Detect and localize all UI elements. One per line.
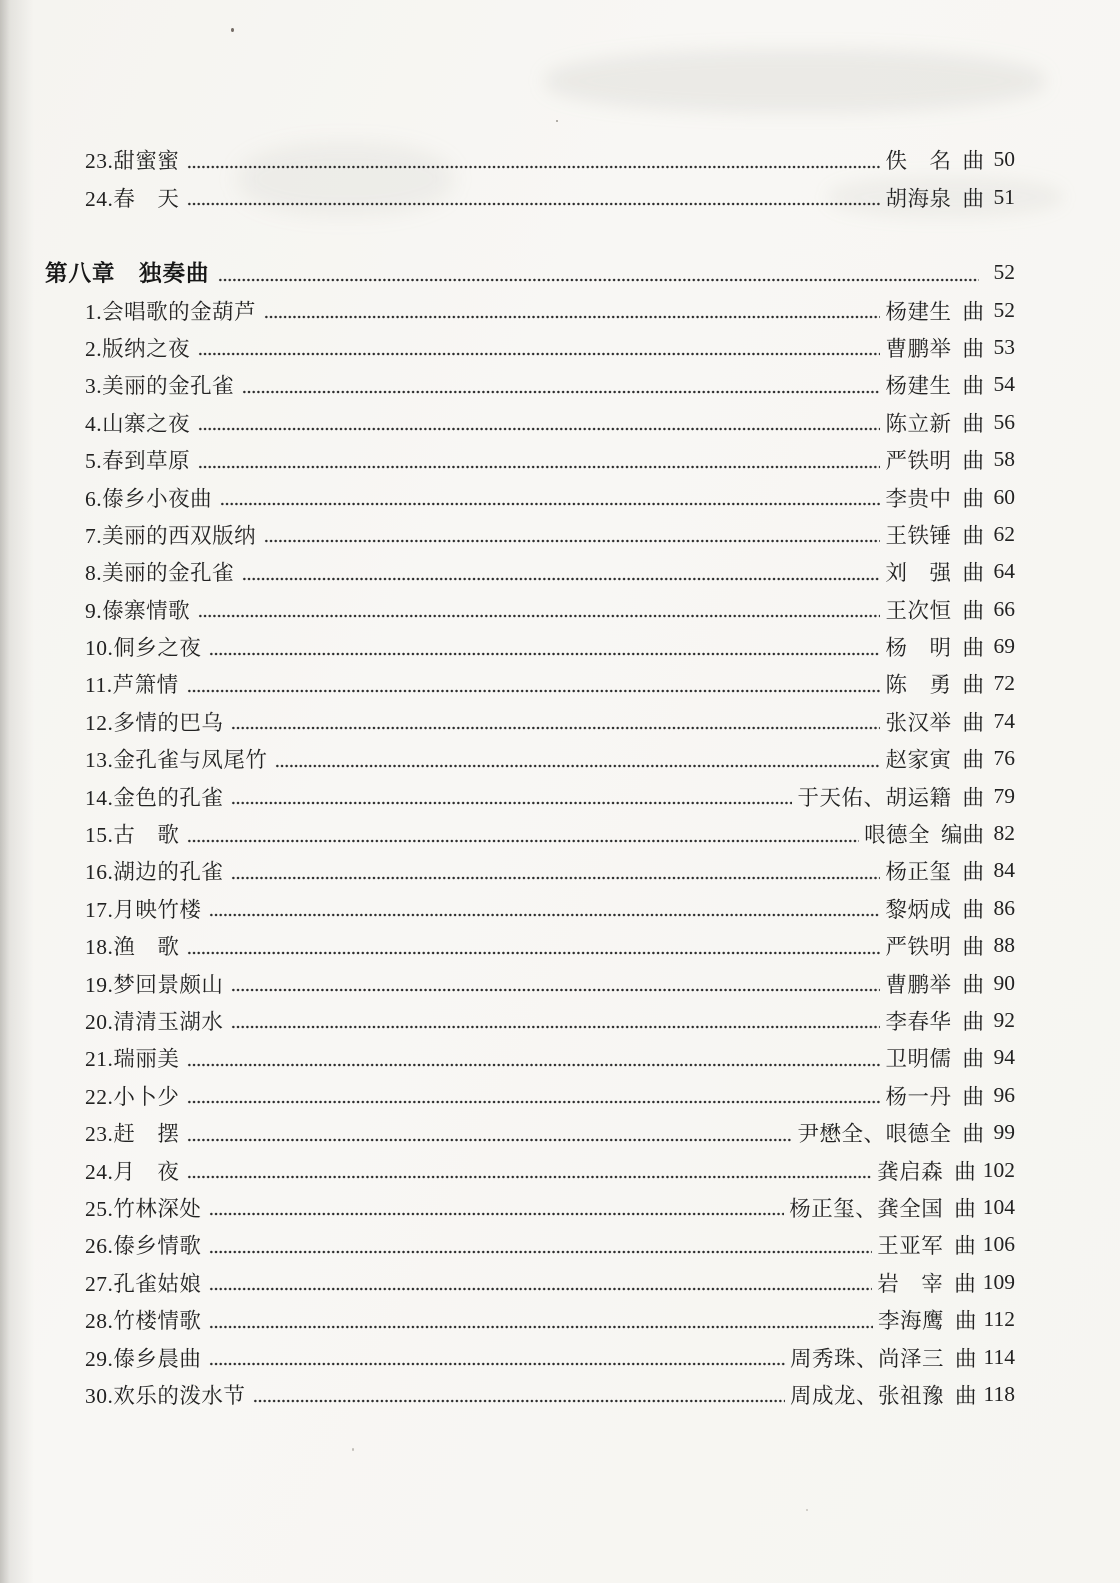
toc-entry: 8.美丽的金孔雀 刘 强 曲 64: [85, 553, 1015, 590]
entry-composed-label: 曲: [962, 295, 984, 326]
scan-left-edge-shadow: [0, 0, 36, 1583]
entry-composer: 尹懋全、哏德全: [797, 1117, 951, 1148]
entry-number-and-title: 11.芦箫情: [85, 668, 179, 699]
entry-composer: 赵家寅: [885, 743, 951, 774]
entry-composed-label: 曲: [962, 407, 984, 438]
entry-composed-label: 曲: [962, 1117, 984, 1148]
entry-page-number: 58: [991, 447, 1015, 472]
entry-composer: 黎炳成: [885, 893, 951, 924]
dotted-leader: [187, 689, 881, 693]
entry-page-number: 92: [991, 1008, 1015, 1033]
entry-composed-label: 曲: [962, 519, 984, 550]
entry-number-and-title: 15.古 歌: [85, 818, 179, 849]
entry-page-number: 90: [991, 971, 1015, 996]
dotted-leader: [187, 165, 880, 169]
entry-composed-label: 曲: [962, 594, 984, 625]
entry-page-number: 52: [991, 298, 1015, 323]
entry-number-and-title: 3.美丽的金孔雀: [85, 369, 234, 400]
entry-composed-label: 曲: [962, 332, 984, 363]
scan-speck: [352, 1448, 354, 1451]
entry-number-and-title: 27.孔雀姑娘: [85, 1267, 201, 1298]
entry-page-number: 53: [991, 335, 1015, 360]
toc-entry: 29.傣乡晨曲 周秀珠、尚泽三 曲 114: [85, 1338, 1015, 1375]
entry-page-number: 79: [991, 784, 1015, 809]
entry-composer: 杨建生: [885, 369, 951, 400]
entry-composer: 杨一丹: [885, 1080, 951, 1111]
entry-number-and-title: 4.山寨之夜: [85, 407, 190, 438]
dotted-leader: [231, 1025, 880, 1029]
entry-composer: 杨 明: [885, 631, 951, 662]
entry-composer: 周秀珠、尚泽三: [790, 1342, 944, 1373]
toc-entry: 22.小卜少 杨一丹 曲 96: [85, 1077, 1015, 1114]
entry-page-number: 51: [991, 185, 1015, 210]
toc-entry: 13.金孔雀与凤尾竹 赵家寅 曲 76: [85, 740, 1015, 777]
entry-composed-label: 曲: [962, 631, 984, 662]
entry-number-and-title: 24.月 夜: [85, 1155, 179, 1186]
dotted-leader: [209, 652, 880, 656]
toc-entry: 25.竹林深处 杨正玺、龚全国 曲 104: [85, 1189, 1015, 1226]
toc-entry: 2.版纳之夜 曹鹏举 曲 53: [85, 329, 1015, 366]
entry-composed-label: 曲: [954, 1229, 976, 1260]
entry-composed-label: 曲: [955, 1304, 977, 1335]
entry-composed-label: 曲: [962, 369, 984, 400]
entry-page-number: 96: [991, 1083, 1015, 1108]
toc-entry: 10.侗乡之夜 杨 明 曲 69: [85, 628, 1015, 665]
entry-number-and-title: 7.美丽的西双版纳: [85, 519, 256, 550]
toc-entry: 19.梦回景颇山 曹鹏举 曲 90: [85, 964, 1015, 1001]
entry-number-and-title: 16.湖边的孔雀: [85, 855, 223, 886]
entry-composed-label: 曲: [962, 968, 984, 999]
dotted-leader: [264, 539, 880, 543]
entry-composer: 杨正玺: [885, 855, 951, 886]
entry-composer: 曹鹏举: [885, 968, 951, 999]
chapter-title: 第八章 独奏曲: [45, 256, 210, 288]
toc-entry: 23.赶 摆 尹懋全、哏德全 曲 99: [85, 1114, 1015, 1151]
dotted-leader: [218, 278, 979, 282]
entry-number-and-title: 12.多情的巴乌: [85, 706, 223, 737]
dotted-leader: [220, 502, 880, 506]
entry-page-number: 82: [991, 821, 1015, 846]
entry-page-number: 104: [983, 1195, 1015, 1220]
entry-composer: 杨正玺、龚全国: [789, 1192, 943, 1223]
dotted-leader: [209, 1287, 872, 1291]
entry-number-and-title: 30.欢乐的泼水节: [85, 1379, 245, 1410]
entry-number-and-title: 20.清清玉湖水: [85, 1005, 223, 1036]
dotted-leader: [231, 726, 880, 730]
entry-number-and-title: 10.侗乡之夜: [85, 631, 201, 662]
dotted-leader: [231, 801, 792, 805]
entry-page-number: 62: [991, 522, 1015, 547]
toc-entry: 27.孔雀姑娘 岩 宰 曲 109: [85, 1264, 1015, 1301]
entry-composed-label: 曲: [962, 482, 984, 513]
entry-composed-label: 曲: [962, 855, 984, 886]
toc-entry: 9.傣寨情歌 王次恒 曲 66: [85, 591, 1015, 628]
entry-composer: 周成龙、张祖豫: [790, 1379, 944, 1410]
entry-composed-label: 曲: [954, 1155, 976, 1186]
entry-page-number: 50: [991, 147, 1015, 172]
entry-number-and-title: 14.金色的孔雀: [85, 781, 223, 812]
entry-number-and-title: 19.梦回景颇山: [85, 968, 223, 999]
toc-entry: 20.清清玉湖水 李春华 曲 92: [85, 1002, 1015, 1039]
toc-entry: 16.湖边的孔雀 杨正玺 曲 84: [85, 852, 1015, 889]
toc-entry: 23.甜蜜蜜 佚 名 曲 50: [85, 141, 1015, 178]
dotted-leader: [198, 614, 880, 618]
entry-composer: 严铁明: [885, 444, 951, 475]
entry-composed-label: 曲: [962, 556, 984, 587]
entry-page-number: 84: [991, 858, 1015, 883]
dotted-leader: [187, 1063, 880, 1067]
entry-composer: 龚启森: [877, 1155, 943, 1186]
toc-entry: 28.竹楼情歌 李海鹰 曲 112: [85, 1301, 1015, 1338]
toc-entry: 12.多情的巴乌 张汉举 曲 74: [85, 703, 1015, 740]
entry-page-number: 66: [991, 597, 1015, 622]
dotted-leader: [242, 577, 880, 581]
toc-entry: 26.傣乡情歌 王亚军 曲 106: [85, 1226, 1015, 1263]
entry-page-number: 102: [983, 1158, 1015, 1183]
chapter-page-number: 52: [991, 260, 1015, 285]
entry-composer: 严铁明: [885, 930, 951, 961]
entry-number-and-title: 26.傣乡情歌: [85, 1229, 201, 1260]
toc-entry: 24.春 天 胡海泉 曲 51: [85, 178, 1015, 215]
entry-composer: 王铁锤: [885, 519, 951, 550]
entry-composed-label: 曲: [962, 1080, 984, 1111]
dotted-leader: [187, 1100, 880, 1104]
entry-composer: 卫明儒: [885, 1042, 951, 1073]
dotted-leader: [187, 202, 880, 206]
entry-composed-label: 编曲: [941, 818, 984, 849]
entry-number-and-title: 8.美丽的金孔雀: [85, 556, 234, 587]
dotted-leader: [253, 1399, 785, 1403]
entry-number-and-title: 21.瑞丽美: [85, 1042, 179, 1073]
dotted-leader: [187, 1175, 872, 1179]
dotted-leader: [242, 390, 880, 394]
entry-page-number: 72: [991, 671, 1015, 696]
scan-speck: [806, 1509, 808, 1511]
entry-number-and-title: 9.傣寨情歌: [85, 594, 190, 625]
scanned-book-toc-page: 23.甜蜜蜜 佚 名 曲 50 24.春 天 胡海泉 曲 51 第八章 独奏曲 …: [0, 0, 1120, 1583]
entry-composed-label: 曲: [962, 893, 984, 924]
scan-speck: [231, 28, 234, 32]
entry-composer: 于天佑、胡运籍: [797, 781, 951, 812]
entry-number-and-title: 2.版纳之夜: [85, 332, 190, 363]
entry-number-and-title: 28.竹楼情歌: [85, 1304, 201, 1335]
dotted-leader: [264, 315, 880, 319]
toc-content: 23.甜蜜蜜 佚 名 曲 50 24.春 天 胡海泉 曲 51 第八章 独奏曲 …: [85, 141, 1015, 1413]
entry-page-number: 106: [983, 1232, 1015, 1257]
dotted-leader: [209, 1362, 785, 1366]
entry-number-and-title: 23.赶 摆: [85, 1117, 179, 1148]
entry-number-and-title: 29.傣乡晨曲: [85, 1342, 201, 1373]
entry-page-number: 56: [991, 410, 1015, 435]
entry-composed-label: 曲: [955, 1342, 977, 1373]
entry-page-number: 99: [991, 1120, 1015, 1145]
entry-composer: 曹鹏举: [885, 332, 951, 363]
entry-composed-label: 曲: [962, 706, 984, 737]
toc-entry: 30.欢乐的泼水节 周成龙、张祖豫 曲 118: [85, 1376, 1015, 1413]
entry-composer: 李贵中: [885, 482, 951, 513]
dotted-leader: [198, 352, 880, 356]
dotted-leader: [187, 839, 859, 843]
entry-composed-label: 曲: [954, 1267, 976, 1298]
previous-chapter-entries: 23.甜蜜蜜 佚 名 曲 50 24.春 天 胡海泉 曲 51: [85, 141, 1015, 216]
dotted-leader: [198, 465, 880, 469]
scan-speck: [556, 120, 558, 122]
entry-composer: 佚 名: [885, 144, 951, 175]
entry-number-and-title: 22.小卜少: [85, 1080, 179, 1111]
entry-composed-label: 曲: [962, 1005, 984, 1036]
entry-composer: 胡海泉: [885, 182, 951, 213]
entry-composer: 王次恒: [885, 594, 951, 625]
toc-entry: 18.渔 歌 严铁明 曲 88: [85, 927, 1015, 964]
entry-number-and-title: 25.竹林深处: [85, 1192, 201, 1223]
toc-entry: 1.会唱歌的金葫芦 杨建生 曲 52: [85, 291, 1015, 328]
dotted-leader: [209, 1212, 784, 1216]
toc-entry: 14.金色的孔雀 于天佑、胡运籍 曲 79: [85, 777, 1015, 814]
entry-composer: 张汉举: [885, 706, 951, 737]
dotted-leader: [209, 1250, 872, 1254]
dotted-leader: [209, 913, 880, 917]
entry-page-number: 60: [991, 485, 1015, 510]
dotted-leader: [187, 951, 880, 955]
entry-number-and-title: 18.渔 歌: [85, 930, 179, 961]
entry-composed-label: 曲: [962, 444, 984, 475]
entry-page-number: 112: [984, 1307, 1015, 1332]
entry-composer: 李春华: [885, 1005, 951, 1036]
entry-composed-label: 曲: [962, 144, 984, 175]
toc-entry: 3.美丽的金孔雀 杨建生 曲 54: [85, 366, 1015, 403]
entry-page-number: 76: [991, 746, 1015, 771]
entry-composed-label: 曲: [962, 182, 984, 213]
entry-page-number: 74: [991, 709, 1015, 734]
entry-composed-label: 曲: [962, 1042, 984, 1073]
toc-entry: 24.月 夜 龚启森 曲 102: [85, 1151, 1015, 1188]
entry-page-number: 86: [991, 896, 1015, 921]
entry-number-and-title: 6.傣乡小夜曲: [85, 482, 212, 513]
entry-composer: 哏德全: [864, 818, 930, 849]
entry-composed-label: 曲: [955, 1379, 977, 1410]
entry-composed-label: 曲: [962, 781, 984, 812]
entry-page-number: 69: [991, 634, 1015, 659]
dotted-leader: [198, 427, 880, 431]
entry-page-number: 94: [991, 1045, 1015, 1070]
entry-composer: 刘 强: [885, 556, 951, 587]
entry-page-number: 64: [991, 559, 1015, 584]
toc-entry: 7.美丽的西双版纳 王铁锤 曲 62: [85, 516, 1015, 553]
entry-composer: 陈立新: [885, 407, 951, 438]
chapter-entries: 1.会唱歌的金葫芦 杨建生 曲 52 2.版纳之夜 曹鹏举 曲 53 3.美丽的…: [85, 291, 1015, 1413]
entry-number-and-title: 13.金孔雀与凤尾竹: [85, 743, 267, 774]
dotted-leader: [209, 1325, 873, 1329]
dotted-leader: [231, 988, 880, 992]
entry-number-and-title: 17.月映竹楼: [85, 893, 201, 924]
toc-entry: 4.山寨之夜 陈立新 曲 56: [85, 404, 1015, 441]
entry-composer: 王亚军: [877, 1229, 943, 1260]
entry-page-number: 88: [991, 933, 1015, 958]
toc-entry: 21.瑞丽美 卫明儒 曲 94: [85, 1039, 1015, 1076]
entry-number-and-title: 1.会唱歌的金葫芦: [85, 295, 256, 326]
entry-composed-label: 曲: [962, 930, 984, 961]
entry-composed-label: 曲: [962, 668, 984, 699]
entry-composed-label: 曲: [954, 1192, 976, 1223]
dotted-leader: [231, 876, 880, 880]
entry-number-and-title: 23.甜蜜蜜: [85, 144, 179, 175]
entry-page-number: 114: [984, 1345, 1015, 1370]
toc-entry: 15.古 歌 哏德全 编曲 82: [85, 815, 1015, 852]
chapter-heading-row: 第八章 独奏曲 52: [45, 253, 1015, 291]
toc-entry: 6.傣乡小夜曲 李贵中 曲 60: [85, 478, 1015, 515]
entry-composed-label: 曲: [962, 743, 984, 774]
entry-page-number: 118: [984, 1382, 1015, 1407]
entry-number-and-title: 5.春到草原: [85, 444, 190, 475]
entry-composer: 杨建生: [885, 295, 951, 326]
dotted-leader: [187, 1138, 792, 1142]
entry-number-and-title: 24.春 天: [85, 182, 179, 213]
toc-entry: 5.春到草原 严铁明 曲 58: [85, 441, 1015, 478]
entry-composer: 岩 宰: [877, 1267, 943, 1298]
page-showthrough-smudge: [545, 50, 1045, 112]
dotted-leader: [275, 764, 880, 768]
entry-composer: 李海鹰: [878, 1304, 944, 1335]
entry-page-number: 54: [991, 372, 1015, 397]
entry-page-number: 109: [983, 1270, 1015, 1295]
toc-entry: 11.芦箫情 陈 勇 曲 72: [85, 665, 1015, 702]
toc-entry: 17.月映竹楼 黎炳成 曲 86: [85, 890, 1015, 927]
entry-composer: 陈 勇: [885, 668, 951, 699]
